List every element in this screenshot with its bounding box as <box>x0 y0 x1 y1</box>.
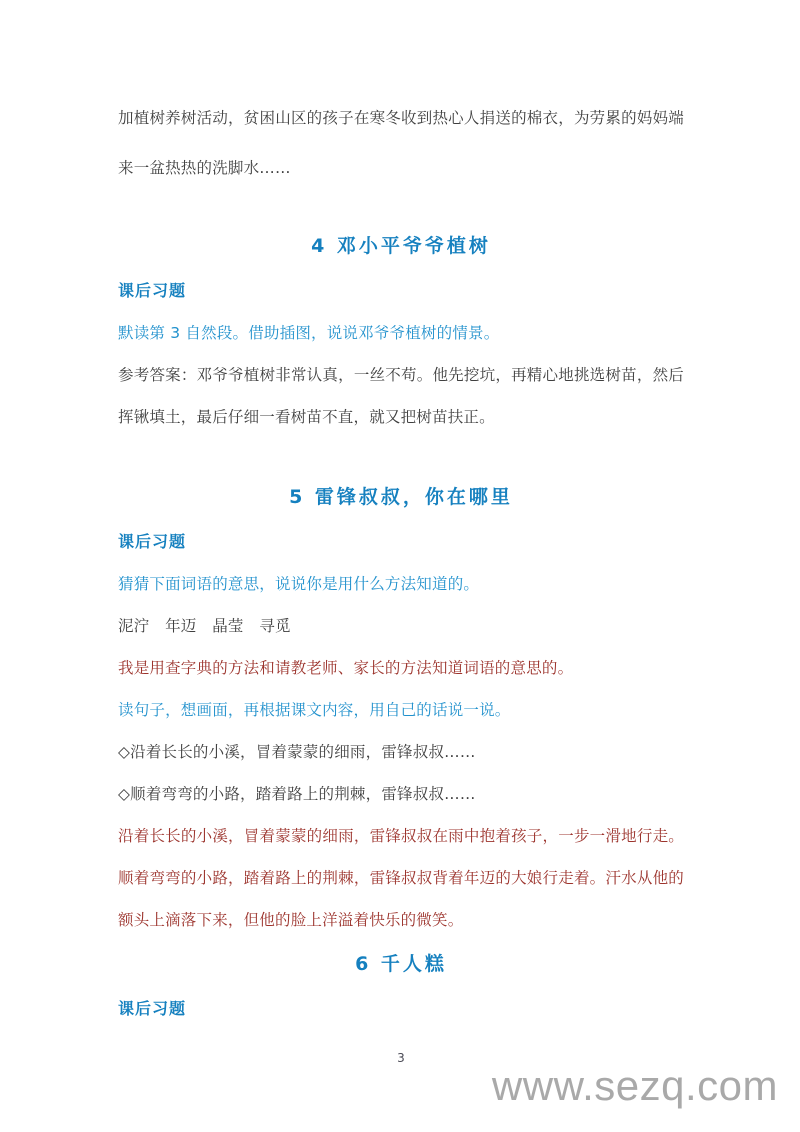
section-5-subheading: 课后习题 <box>118 521 684 563</box>
section-5-answer-1: 我是用查字典的方法和请教老师、家长的方法知道词语的意思的。 <box>118 647 684 689</box>
watermark-text: www.sezq.com <box>492 1062 778 1110</box>
document-content: 加植树养树活动，贫困山区的孩子在寒冬收到热心人捐送的棉衣，为劳累的妈妈端来一盆热… <box>0 0 800 1066</box>
section-5-question-2: 读句子，想画面，再根据课文内容，用自己的话说一说。 <box>118 689 684 731</box>
section-6-title: 6 千人糕 <box>118 943 684 985</box>
section-5-title: 5 雷锋叔叔，你在哪里 <box>118 476 684 518</box>
section-4-title: 4 邓小平爷爷植树 <box>118 225 684 267</box>
section-6-subheading: 课后习题 <box>118 988 684 1030</box>
document-page: 加植树养树活动，贫困山区的孩子在寒冬收到热心人捐送的棉衣，为劳累的妈妈端来一盆热… <box>0 0 800 1132</box>
section-4-answer: 参考答案：邓爷爷植树非常认真，一丝不苟。他先挖坑，再精心地挑选树苗，然后挥锹填土… <box>118 354 684 438</box>
section-5-sentence-2: ◇顺着弯弯的小路，踏着路上的荆棘，雷锋叔叔…… <box>118 773 684 815</box>
section-4-subheading: 课后习题 <box>118 270 684 312</box>
section-4-question: 默读第 3 自然段。借助插图，说说邓爷爷植树的情景。 <box>118 312 684 354</box>
section-5-question-1: 猜猜下面词语的意思，说说你是用什么方法知道的。 <box>118 563 684 605</box>
section-5-sentence-1: ◇沿着长长的小溪，冒着蒙蒙的细雨，雷锋叔叔…… <box>118 731 684 773</box>
section-5-answer-2: 沿着长长的小溪，冒着蒙蒙的细雨，雷锋叔叔在雨中抱着孩子，一步一滑地行走。顺着弯弯… <box>118 815 684 941</box>
intro-paragraph: 加植树养树活动，贫困山区的孩子在寒冬收到热心人捐送的棉衣，为劳累的妈妈端来一盆热… <box>118 93 684 193</box>
section-5-word-list: 泥泞 年迈 晶莹 寻觅 <box>118 605 684 647</box>
